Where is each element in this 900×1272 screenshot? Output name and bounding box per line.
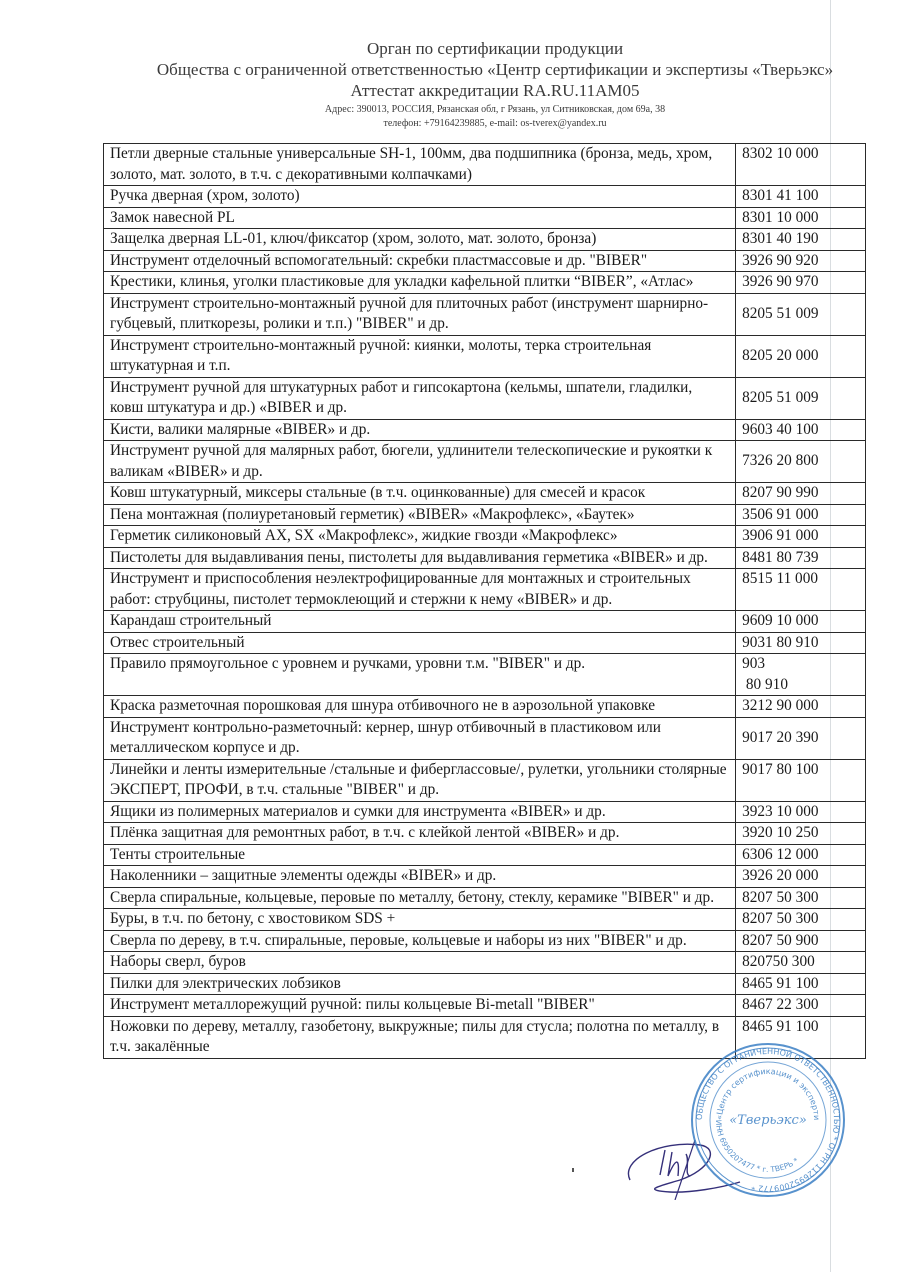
tn-ved-code: 8205 51 009 [736, 377, 866, 419]
tn-ved-code: 903 80 910 [736, 654, 866, 696]
table-row: Ящики из полимерных материалов и сумки д… [104, 801, 866, 823]
tn-ved-code: 8205 51 009 [736, 293, 866, 335]
product-description: Отвес строительный [104, 632, 736, 654]
product-description: Тенты строительные [104, 844, 736, 866]
table-row: Инструмент ручной для штукатурных работ … [104, 377, 866, 419]
table-row: Пена монтажная (полиуретановый герметик)… [104, 504, 866, 526]
product-description: Плёнка защитная для ремонтных работ, в т… [104, 823, 736, 845]
table-row: Сверла спиральные, кольцевые, перовые по… [104, 887, 866, 909]
document-header: Орган по сертификации продукции Общества… [0, 38, 900, 131]
table-row: Отвес строительный9031 80 910 [104, 632, 866, 654]
signature-mark [620, 1120, 750, 1200]
table-row: Правило прямоугольное с уровнем и ручкам… [104, 654, 866, 696]
table-row: Краска разметочная порошковая для шнура … [104, 696, 866, 718]
table-row: Тенты строительные6306 12 000 [104, 844, 866, 866]
stamp-outer-text: ОБЩЕСТВО С ОГРАНИЧЕННОЙ ОТВЕТСТВЕННОСТЬЮ… [695, 1047, 841, 1193]
header-company-name: Общества с ограниченной ответственностью… [90, 59, 900, 80]
product-description: Герметик силиконовый AX, SX «Макрофлекс»… [104, 526, 736, 548]
tn-ved-code: 8207 50 300 [736, 887, 866, 909]
table-row: Защелка дверная LL-01, ключ/фиксатор (хр… [104, 229, 866, 251]
table-row: Петли дверные стальные универсальные SH-… [104, 144, 866, 186]
tn-ved-code: 3926 20 000 [736, 866, 866, 888]
product-description: Наборы сверл, буров [104, 952, 736, 974]
tn-ved-code: 8301 41 100 [736, 186, 866, 208]
table-row: Замок навесной PL8301 10 000 [104, 207, 866, 229]
product-description: Инструмент отделочный вспомогательный: с… [104, 250, 736, 272]
tn-ved-code: 8207 50 900 [736, 930, 866, 952]
product-description: Ковш штукатурный, миксеры стальные (в т.… [104, 483, 736, 505]
tn-ved-code: 8207 50 300 [736, 909, 866, 931]
tn-ved-code: 8207 90 990 [736, 483, 866, 505]
tn-ved-code: 3920 10 250 [736, 823, 866, 845]
tn-ved-code: 6306 12 000 [736, 844, 866, 866]
product-description: Буры, в т.ч. по бетону, с хвостовиком SD… [104, 909, 736, 931]
product-description: Ножовки по дереву, металлу, газобетону, … [104, 1016, 736, 1058]
product-table: Петли дверные стальные универсальные SH-… [103, 143, 866, 1059]
table-row: Инструмент строительно-монтажный ручной … [104, 293, 866, 335]
product-description: Петли дверные стальные универсальные SH-… [104, 144, 736, 186]
header-address: Адрес: 390013, РОССИЯ, Рязанская обл, г … [90, 103, 900, 117]
table-row: Пилки для электрических лобзиков8465 91 … [104, 973, 866, 995]
tn-ved-code: 8481 80 739 [736, 547, 866, 569]
product-description: Инструмент контрольно-разметочный: керне… [104, 717, 736, 759]
tn-ved-code: 8467 22 300 [736, 995, 866, 1017]
tn-ved-code: 8302 10 000 [736, 144, 866, 186]
table-row: Инструмент контрольно-разметочный: керне… [104, 717, 866, 759]
company-stamp: ОБЩЕСТВО С ОГРАНИЧЕННОЙ ОТВЕТСТВЕННОСТЬЮ… [688, 1040, 848, 1200]
tn-ved-code: 8515 11 000 [736, 569, 866, 611]
tn-ved-code: 3926 90 920 [736, 250, 866, 272]
product-description: Замок навесной PL [104, 207, 736, 229]
product-description: Инструмент ручной для штукатурных работ … [104, 377, 736, 419]
scan-speck [572, 1168, 574, 1172]
table-row: Инструмент строительно-монтажный ручной:… [104, 335, 866, 377]
product-description: Крестики, клинья, уголки пластиковые для… [104, 272, 736, 294]
product-description: Инструмент строительно-монтажный ручной:… [104, 335, 736, 377]
product-description: Пистолеты для выдавливания пены, пистоле… [104, 547, 736, 569]
svg-text:ИНН 6950207477 * г. ТВЕРЬ *: ИНН 6950207477 * г. ТВЕРЬ * [714, 1120, 800, 1174]
tn-ved-code: 8205 20 000 [736, 335, 866, 377]
tn-ved-code: 9017 80 100 [736, 759, 866, 801]
product-description: Инструмент металлорежущий ручной: пилы к… [104, 995, 736, 1017]
table-row: Инструмент металлорежущий ручной: пилы к… [104, 995, 866, 1017]
stamp-center-text: «Тверьэкс» [729, 1113, 807, 1128]
tn-ved-code: 3926 90 970 [736, 272, 866, 294]
table-row: Пистолеты для выдавливания пены, пистоле… [104, 547, 866, 569]
product-description: Правило прямоугольное с уровнем и ручкам… [104, 654, 736, 696]
tn-ved-code: 3506 91 000 [736, 504, 866, 526]
product-description: Сверла по дереву, в т.ч. спиральные, пер… [104, 930, 736, 952]
svg-text:ОБЩЕСТВО С ОГРАНИЧЕННОЙ ОТВЕТС: ОБЩЕСТВО С ОГРАНИЧЕННОЙ ОТВЕТСТВЕННОСТЬЮ… [695, 1047, 841, 1193]
table-row: Плёнка защитная для ремонтных работ, в т… [104, 823, 866, 845]
table-row: Карандаш строительный9609 10 000 [104, 611, 866, 633]
table-row: Инструмент ручной для малярных работ, бю… [104, 441, 866, 483]
tn-ved-code: 3212 90 000 [736, 696, 866, 718]
tn-ved-code: 8465 91 100 [736, 1016, 866, 1058]
tn-ved-code: 9603 40 100 [736, 419, 866, 441]
table-row: Буры, в т.ч. по бетону, с хвостовиком SD… [104, 909, 866, 931]
tn-ved-code: 9031 80 910 [736, 632, 866, 654]
table-row: Наколенники – защитные элементы одежды «… [104, 866, 866, 888]
product-description: Карандаш строительный [104, 611, 736, 633]
product-description: Инструмент ручной для малярных работ, бю… [104, 441, 736, 483]
tn-ved-code: 820750 300 [736, 952, 866, 974]
tn-ved-code: 3906 91 000 [736, 526, 866, 548]
table-row: Линейки и ленты измерительные /стальные … [104, 759, 866, 801]
stamp-bottom-text: ИНН 6950207477 * г. ТВЕРЬ * [714, 1120, 800, 1174]
table-row: Крестики, клинья, уголки пластиковые для… [104, 272, 866, 294]
tn-ved-code: 9609 10 000 [736, 611, 866, 633]
product-description: Пена монтажная (полиуретановый герметик)… [104, 504, 736, 526]
product-description: Ящики из полимерных материалов и сумки д… [104, 801, 736, 823]
product-description: Инструмент строительно-монтажный ручной … [104, 293, 736, 335]
tn-ved-code: 7326 20 800 [736, 441, 866, 483]
product-description: Линейки и ленты измерительные /стальные … [104, 759, 736, 801]
table-row: Инструмент и приспособления неэлектрофиц… [104, 569, 866, 611]
header-accreditation: Аттестат аккредитации RA.RU.11AM05 [90, 80, 900, 101]
product-description: Сверла спиральные, кольцевые, перовые по… [104, 887, 736, 909]
table-row: Кисти, валики малярные «BIBER» и др.9603… [104, 419, 866, 441]
table-row: Ковш штукатурный, миксеры стальные (в т.… [104, 483, 866, 505]
product-description: Защелка дверная LL-01, ключ/фиксатор (хр… [104, 229, 736, 251]
table-row: Инструмент отделочный вспомогательный: с… [104, 250, 866, 272]
tn-ved-code: 8301 10 000 [736, 207, 866, 229]
table-row: Наборы сверл, буров820750 300 [104, 952, 866, 974]
product-description: Инструмент и приспособления неэлектрофиц… [104, 569, 736, 611]
tn-ved-code: 8465 91 100 [736, 973, 866, 995]
tn-ved-code: 8301 40 190 [736, 229, 866, 251]
product-description: Кисти, валики малярные «BIBER» и др. [104, 419, 736, 441]
table-row: Ножовки по дереву, металлу, газобетону, … [104, 1016, 866, 1058]
header-org-title: Орган по сертификации продукции [90, 38, 900, 59]
tn-ved-code: 9017 20 390 [736, 717, 866, 759]
table-row: Герметик силиконовый AX, SX «Макрофлекс»… [104, 526, 866, 548]
product-description: Ручка дверная (хром, золото) [104, 186, 736, 208]
header-contacts: телефон: +79164239885, e-mail: os-tverex… [90, 117, 900, 131]
product-description: Краска разметочная порошковая для шнура … [104, 696, 736, 718]
table-row: Ручка дверная (хром, золото)8301 41 100 [104, 186, 866, 208]
product-description: Наколенники – защитные элементы одежды «… [104, 866, 736, 888]
tn-ved-code: 3923 10 000 [736, 801, 866, 823]
product-description: Пилки для электрических лобзиков [104, 973, 736, 995]
table-row: Сверла по дереву, в т.ч. спиральные, пер… [104, 930, 866, 952]
